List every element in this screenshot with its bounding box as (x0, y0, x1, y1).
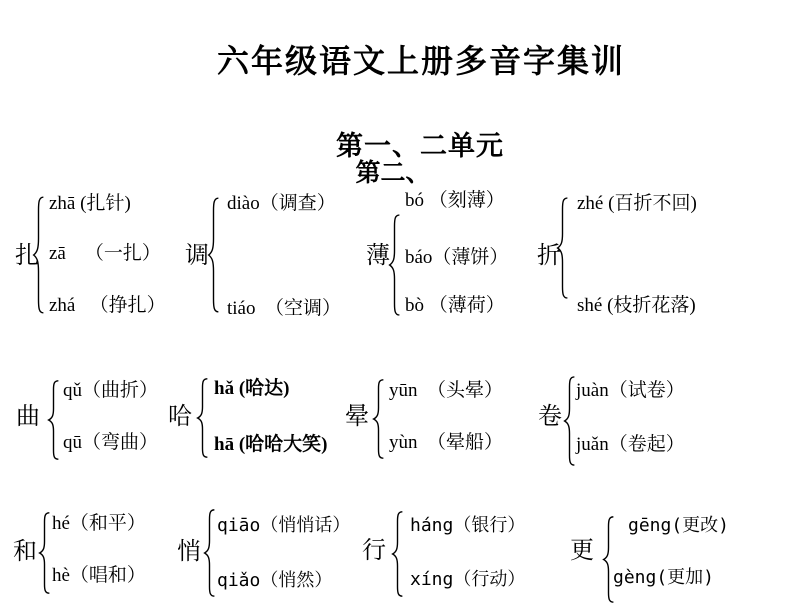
pronunciation-entry: hǎ (哈达) (214, 376, 289, 401)
left-brace-icon (203, 509, 216, 597)
left-brace-icon (196, 378, 209, 458)
polyphone-char: 曲 (16, 404, 40, 430)
pronunciation-entry: hā (哈哈大笑) (214, 432, 327, 457)
pronunciation-entry: qiāo（悄悄话） (217, 513, 350, 538)
left-brace-icon (207, 197, 220, 313)
left-brace-icon (556, 197, 569, 299)
left-brace-icon (388, 214, 401, 316)
pronunciation-entry: juàn（试卷） (576, 378, 685, 403)
left-brace-icon (47, 380, 60, 460)
pronunciation-entry: yùn （晕船） (389, 430, 503, 455)
polyphone-char: 卷 (538, 404, 562, 430)
pronunciation-entry: juǎn（卷起） (576, 432, 685, 457)
pronunciation-entry: zhé (百折不回) (577, 191, 697, 216)
slide-page: 六年级语文上册多音字集训 第一、二单元 第二、 扎 zhā (扎针) zā （一… (0, 0, 800, 605)
pronunciation-entry: gēng(更改) (628, 513, 729, 538)
polyphone-char: 薄 (366, 243, 390, 269)
left-brace-icon (38, 512, 51, 594)
pronunciation-entry: bò （薄荷） (405, 293, 505, 318)
left-brace-icon (32, 196, 45, 314)
pronunciation-entry: xíng（行动） (410, 567, 525, 592)
pronunciation-entry: zā （一扎） (49, 241, 161, 266)
pronunciation-entry: qǔ（曲折） (63, 378, 158, 403)
pronunciation-entry: shé (枝折花落) (577, 293, 696, 318)
polyphone-char: 和 (13, 539, 37, 565)
pronunciation-entry: hè（唱和） (52, 563, 146, 588)
pronunciation-entry: zhā (扎针) (49, 191, 131, 216)
polyphone-char: 晕 (345, 404, 369, 430)
pronunciation-entry: bó （刻薄） (405, 188, 505, 213)
pronunciation-entry: hé（和平） (52, 511, 146, 536)
left-brace-icon (563, 376, 576, 466)
left-brace-icon (391, 511, 404, 597)
polyphone-char: 行 (362, 538, 386, 564)
pronunciation-entry: yūn （头晕） (389, 378, 503, 403)
polyphone-char: 调 (185, 243, 209, 269)
pronunciation-entry: gèng(更加) (613, 565, 714, 590)
polyphone-char: 更 (570, 538, 594, 564)
pronunciation-entry: tiáo （空调） (227, 296, 341, 321)
polyphone-char: 哈 (168, 404, 192, 430)
pronunciation-entry: báo（薄饼） (405, 245, 508, 270)
page-title: 六年级语文上册多音字集训 (42, 36, 800, 82)
left-brace-icon (372, 379, 385, 459)
pronunciation-entry: zhá （挣扎） (49, 293, 166, 318)
polyphone-char: 悄 (177, 539, 201, 565)
pronunciation-entry: qiǎo（悄然） (217, 568, 332, 593)
unit-subtitle-2: 第二、 (0, 153, 786, 189)
pronunciation-entry: háng（银行） (410, 513, 525, 538)
pronunciation-entry: diào（调查） (227, 191, 336, 216)
pronunciation-entry: qū（弯曲） (63, 430, 158, 455)
